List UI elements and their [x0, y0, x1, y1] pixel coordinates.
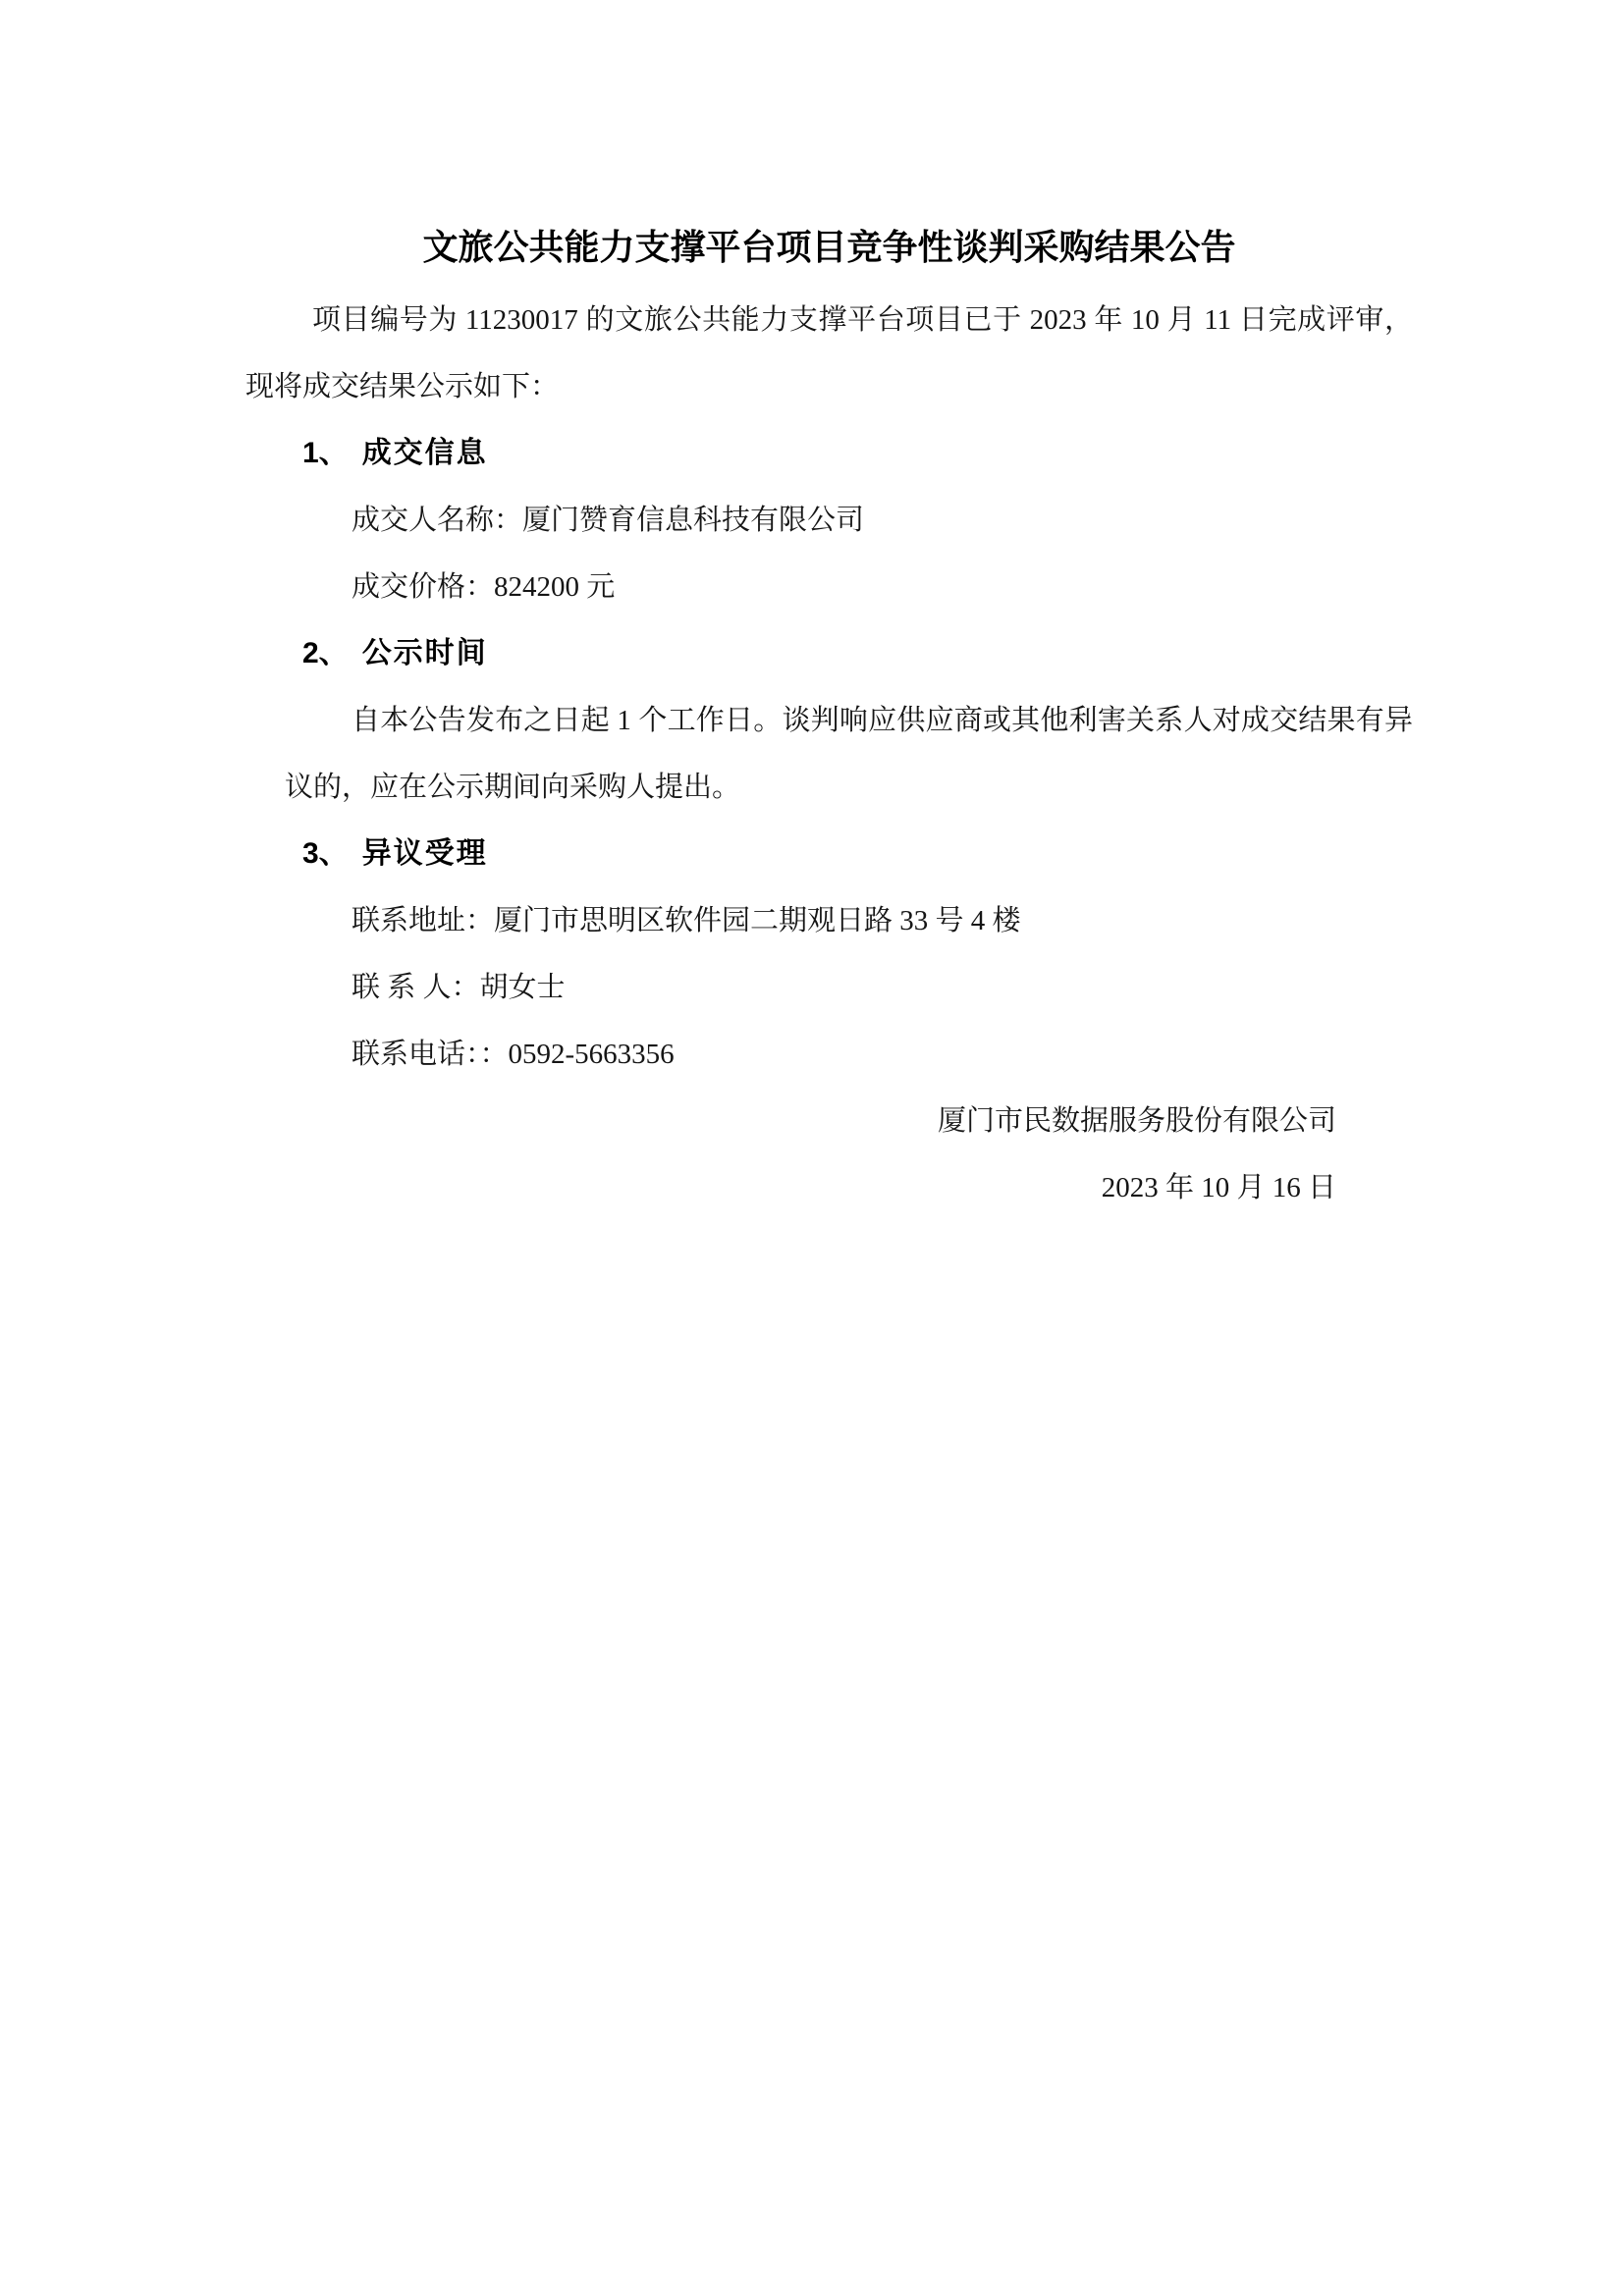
contact-phone-line: 联系电话：：0592-5663356 [245, 1021, 1413, 1088]
section-2-heading: 2、公示时间 [245, 620, 1413, 687]
section-3-number: 3、 [302, 837, 349, 870]
section-1-number: 1、 [302, 437, 349, 469]
deal-winner-line: 成交人名称：厦门赞育信息科技有限公司 [245, 487, 1413, 554]
section-2-title: 公示时间 [362, 637, 488, 669]
signature-company: 厦门市民数据服务股份有限公司 [245, 1088, 1413, 1154]
section-1-heading: 1、成交信息 [245, 420, 1413, 487]
section-1-title: 成交信息 [362, 437, 488, 469]
intro-paragraph: 项目编号为 11230017 的文旅公共能力支撑平台项目已于 2023 年 10… [245, 287, 1413, 420]
document-page: 文旅公共能力支撑平台项目竞争性谈判采购结果公告 项目编号为 11230017 的… [0, 0, 1624, 2296]
contact-person-line: 联 系 人：胡女士 [245, 954, 1413, 1021]
section-3-title: 异议受理 [362, 837, 488, 870]
contact-address-line: 联系地址：厦门市思明区软件园二期观日路 33 号 4 楼 [245, 887, 1413, 954]
deal-price-line: 成交价格：824200 元 [245, 554, 1413, 620]
signature-date: 2023 年 10 月 16 日 [245, 1154, 1413, 1221]
publicity-period-paragraph: 自本公告发布之日起 1 个工作日。谈判响应供应商或其他利害关系人对成交结果有异议… [285, 687, 1413, 821]
section-2-number: 2、 [302, 637, 349, 669]
document-title: 文旅公共能力支撑平台项目竞争性谈判采购结果公告 [245, 214, 1413, 281]
section-3-heading: 3、异议受理 [245, 821, 1413, 887]
